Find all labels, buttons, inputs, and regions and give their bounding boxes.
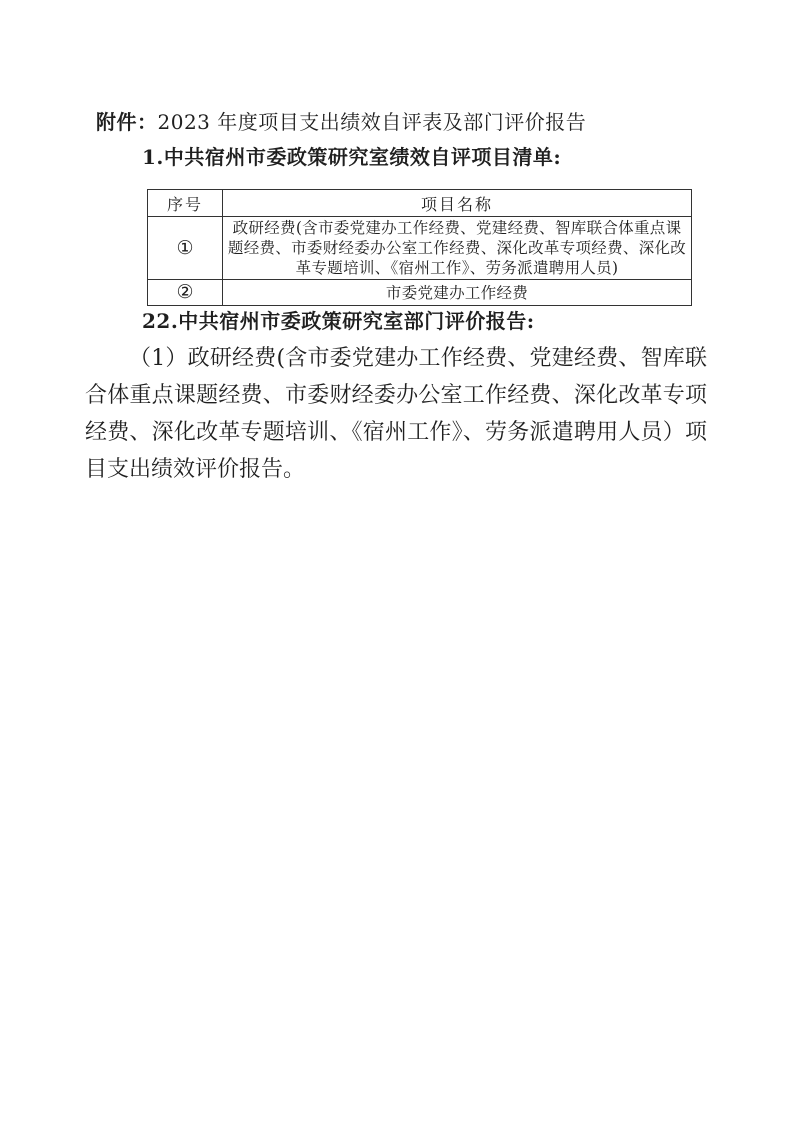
section1-heading: 1.中共宿州市委政策研究室绩效自评项目清单:	[142, 144, 561, 170]
attachment-title: 2023 年度项目支出绩效自评表及部门评价报告	[158, 110, 587, 134]
attachment-label: 附件：	[96, 110, 158, 134]
table-row: ② 市委党建办工作经费	[148, 280, 692, 306]
column-header-project-name: 项目名称	[223, 190, 692, 217]
project-list-table: 序号 项目名称 ① 政研经费(含市委党建办工作经费、党建经费、智库联合体重点课题…	[147, 189, 692, 306]
table-header-row: 序号 项目名称	[148, 190, 692, 217]
row1-serial-number: ①	[148, 217, 223, 280]
evaluation-report-paragraph: （1）政研经费(含市委党建办工作经费、党建经费、智库联合体重点课题经费、市委财经…	[85, 340, 707, 488]
section2-heading: 22.中共宿州市委政策研究室部门评价报告:	[142, 308, 535, 334]
row2-serial-number: ②	[148, 280, 223, 306]
attachment-line: 附件：2023 年度项目支出绩效自评表及部门评价报告	[96, 109, 586, 135]
document-page: 附件：2023 年度项目支出绩效自评表及部门评价报告 1.中共宿州市委政策研究室…	[0, 0, 794, 1122]
column-header-serial: 序号	[148, 190, 223, 217]
table-row: ① 政研经费(含市委党建办工作经费、党建经费、智库联合体重点课题经费、市委财经委…	[148, 217, 692, 280]
row1-project-name: 政研经费(含市委党建办工作经费、党建经费、智库联合体重点课题经费、市委财经委办公…	[223, 217, 692, 280]
row2-project-name: 市委党建办工作经费	[223, 280, 692, 306]
